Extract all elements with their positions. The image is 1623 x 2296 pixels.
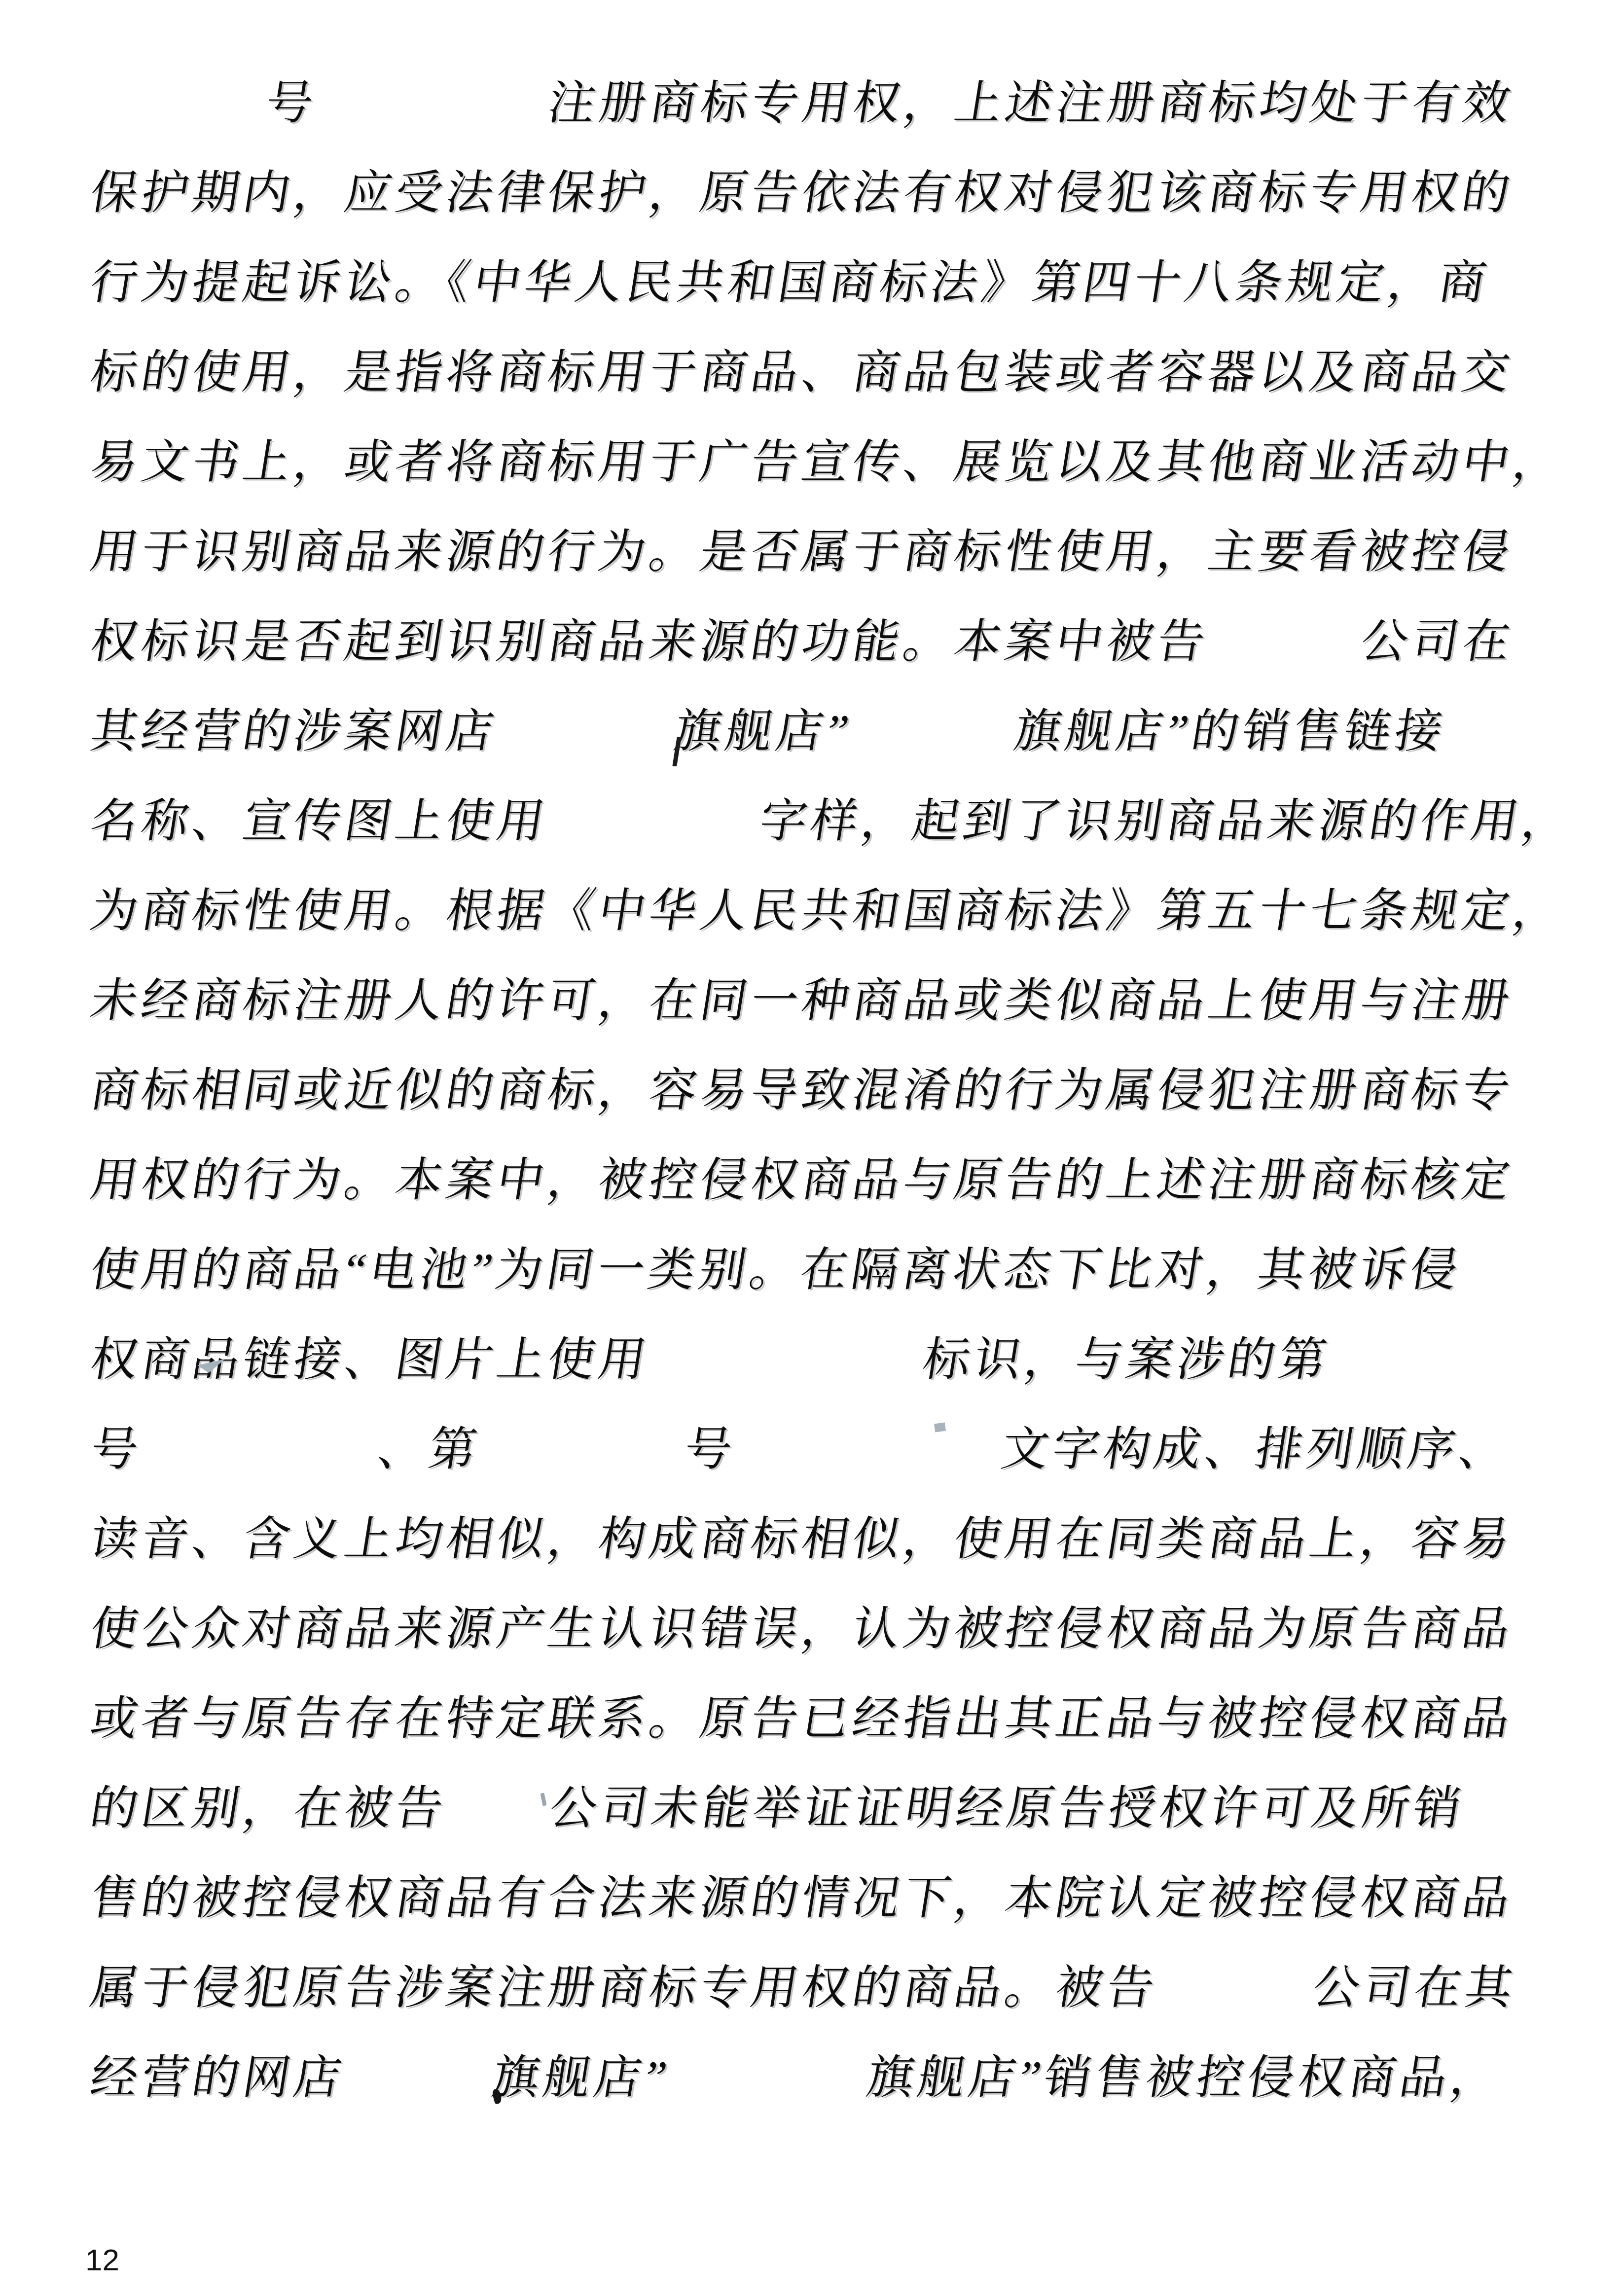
redaction-gap xyxy=(495,747,672,747)
text-line-23: 经营的网店旗舰店”旗舰店”销售被控侵权商品， xyxy=(84,2033,1509,2122)
text-line-2: 保护期内，应受法律保护，原告依法有权对侵犯该商标专用权的 xyxy=(84,148,1520,238)
text-segment: 公司在 xyxy=(1354,597,1521,686)
redaction-gap xyxy=(850,747,1012,747)
text-segment: 经营的网店 xyxy=(84,2033,352,2122)
text-segment: 、第 xyxy=(371,1404,487,1494)
text-line-13: 用权的行为。本案中，被控侵权商品与原告的上述注册商标核定 xyxy=(84,1135,1520,1225)
text-segment: 文字构成、排列顺序、 xyxy=(995,1404,1517,1494)
redaction-square-fragment xyxy=(934,1423,946,1433)
redaction-gap xyxy=(545,836,757,837)
text-segment: 售的被控侵权商品有合法来源的情况下，本院认定被控侵权商品 xyxy=(84,1853,1520,1943)
text-segment: 号 xyxy=(84,1404,149,1494)
text-line-5: 易文书上，或者将商标用于广告宣传、展览以及其他商业活动中， xyxy=(84,417,1571,507)
text-segment: 或者与原告存在特定联系。原告已经指出其正品与被控侵权商品 xyxy=(84,1674,1520,1763)
text-line-14: 使用的商品“电池”为同一类别。在隔离状态下比对，其被诉侵 xyxy=(84,1225,1468,1315)
text-line-10: 为商标性使用。根据《中华人民共和国商标法》第五十七条规定， xyxy=(84,866,1571,956)
text-line-7: 权标识是否起到识别商品来源的功能。本案中被告公司在 xyxy=(84,597,1521,686)
text-segment: 名称、宣传图上使用 xyxy=(84,776,555,866)
text-line-20: 的区别，在被告公司未能举证证明经原告授权许可及所销 xyxy=(84,1763,1472,1853)
redaction-gap xyxy=(139,1465,376,1465)
text-segment: 标识，与案涉的第 xyxy=(916,1315,1337,1404)
redaction-gap xyxy=(342,2093,490,2093)
text-line-3: 行为提起诉讼。《中华人民共和国商标法》第四十八条规定，商 xyxy=(84,238,1497,327)
redaction-gap xyxy=(477,1465,682,1465)
text-segment: 号 xyxy=(678,1404,743,1494)
text-segment: 读音、含义上均相似，构成商标相似，使用在同类商品上，容易 xyxy=(84,1494,1520,1584)
text-line-9: 名称、宣传图上使用字样，起到了识别商品来源的作用， xyxy=(84,776,1580,866)
text-line-18: 使公众对商品来源产生认识错误，认为被控侵权商品为原告商品 xyxy=(84,1584,1520,1674)
redaction-gap xyxy=(314,118,546,119)
text-segment: 号 xyxy=(259,58,324,148)
text-segment: 旗舰店”的销售链接 xyxy=(1008,686,1453,776)
text-segment: 旗舰店” xyxy=(486,2033,677,2122)
text-line-19: 或者与原告存在特定联系。原告已经指出其正品与被控侵权商品 xyxy=(84,1674,1520,1763)
text-line-22: 属于侵犯原告涉案注册商标专用权的商品。被告公司在其 xyxy=(84,1943,1523,2033)
text-segment: 保护期内，应受法律保护，原告依法有权对侵犯该商标专用权的 xyxy=(84,148,1520,238)
text-line-12: 商标相同或近似的商标，容易导致混淆的行为属侵犯注册商标专 xyxy=(84,1045,1520,1135)
text-segment: 用于识别商品来源的行为。是否属于商标性使用，主要看被控侵 xyxy=(84,507,1520,597)
text-segment: 的区别，在被告 xyxy=(84,1763,454,1853)
text-line-6: 用于识别商品来源的行为。是否属于商标性使用，主要看被控侵 xyxy=(84,507,1520,597)
text-line-16: 号、第号文字构成、排列顺序、 xyxy=(84,1404,1517,1494)
text-segment: 使公众对商品来源产生认识错误，认为被控侵权商品为原告商品 xyxy=(84,1584,1520,1674)
redaction-gap xyxy=(444,1824,547,1824)
text-segment: 公司未能举证证明经原告授权许可及所销 xyxy=(543,1763,1472,1853)
text-line-15: 权商品链接、图片上使用标识，与案涉的第 xyxy=(84,1315,1337,1404)
text-segment: 注册商标专用权，上述注册商标均处于有效 xyxy=(541,58,1521,148)
text-line-4: 标的使用，是指将商标用于商品、商品包装或者容器以及商品交 xyxy=(84,327,1520,417)
text-segment: 为商标性使用。根据《中华人民共和国商标法》第五十七条规定， xyxy=(84,866,1571,956)
text-segment: 易文书上，或者将商标用于广告宣传、展览以及其他商业活动中， xyxy=(84,417,1571,507)
redaction-gap xyxy=(733,1465,999,1465)
text-segment: 权标识是否起到识别商品来源的功能。本案中被告 xyxy=(84,597,1216,686)
redaction-gap xyxy=(647,1375,921,1375)
text-line-21: 售的被控侵权商品有合法来源的情况下，本院认定被控侵权商品 xyxy=(84,1853,1520,1943)
text-segment: 行为提起诉讼。《中华人民共和国商标法》第四十八条规定，商 xyxy=(84,238,1497,327)
text-segment: 旗舰店” xyxy=(668,686,859,776)
text-segment: 公司在其 xyxy=(1306,1943,1523,2033)
text-segment: 用权的行为。本案中，被控侵权商品与原告的上述注册商标核定 xyxy=(84,1135,1520,1225)
text-segment: 字样，起到了识别商品来源的作用， xyxy=(753,776,1580,866)
text-line-17: 读音、含义上均相似，构成商标相似，使用在同类商品上，容易 xyxy=(84,1494,1520,1584)
redaction-gap xyxy=(1206,657,1359,657)
text-segment: 未经商标注册人的许可，在同一种商品或类似商品上使用与注册 xyxy=(84,956,1520,1045)
page-number: 12 xyxy=(85,2243,119,2278)
judgment-text-block: 号注册商标专用权，上述注册商标均处于有效保护期内，应受法律保护，原告依法有权对侵… xyxy=(0,0,1623,2296)
text-segment: 权商品链接、图片上使用 xyxy=(84,1315,657,1404)
redaction-gap xyxy=(668,2093,865,2093)
text-segment: 旗舰店”销售被控侵权商品， xyxy=(860,2033,1509,2122)
text-segment: 属于侵犯原告涉案注册商标专用权的商品。被告 xyxy=(84,1943,1165,2033)
text-segment: 商标相同或近似的商标，容易导致混淆的行为属侵犯注册商标专 xyxy=(84,1045,1520,1135)
text-segment: 使用的商品“电池”为同一类别。在隔离状态下比对，其被诉侵 xyxy=(84,1225,1468,1315)
text-line-1: 号注册商标专用权，上述注册商标均处于有效 xyxy=(84,58,1521,148)
text-line-11: 未经商标注册人的许可，在同一种商品或类似商品上使用与注册 xyxy=(84,956,1520,1045)
document-page: 号注册商标专用权，上述注册商标均处于有效保护期内，应受法律保护，原告依法有权对侵… xyxy=(0,0,1623,2296)
text-segment: 标的使用，是指将商标用于商品、商品包装或者容器以及商品交 xyxy=(84,327,1520,417)
redaction-gap xyxy=(1155,2003,1310,2004)
redaction-gap xyxy=(88,118,263,119)
text-line-8: 其经营的涉案网店旗舰店”旗舰店”的销售链接 xyxy=(84,686,1453,776)
text-segment: 其经营的涉案网店 xyxy=(84,686,505,776)
